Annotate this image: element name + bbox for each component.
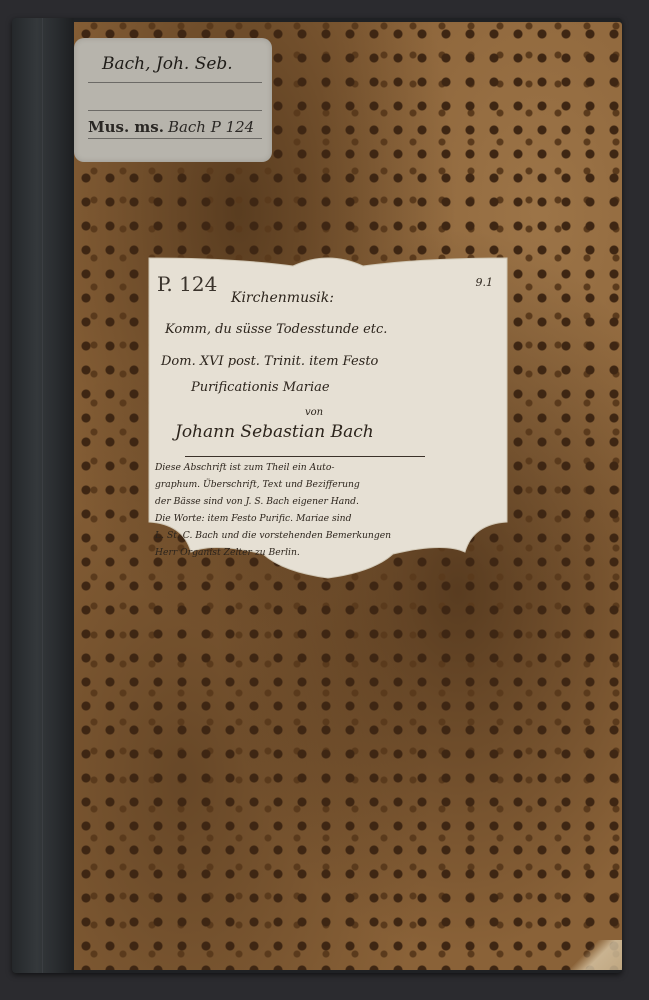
occasion-line: Dom. XVI post. Trinit. item Festo xyxy=(161,354,378,369)
cloth-spine xyxy=(12,18,74,973)
note-line: graphum. Überschrift, Text und Bezifferu… xyxy=(155,479,360,490)
rule-line xyxy=(88,110,262,111)
flourish-divider xyxy=(185,456,425,457)
note-line: Diese Abschrift ist zum Theil ein Auto- xyxy=(155,462,334,473)
folio-number: 9.1 xyxy=(476,276,494,289)
composer-line: Johann Sebastian Bach xyxy=(175,422,374,442)
von-line: von xyxy=(305,407,323,418)
call-number-prefix: Mus. ms. xyxy=(88,118,164,136)
rule-line xyxy=(88,138,262,139)
shelf-label: Bach, Joh. Seb. Mus. ms.Bach P 124 xyxy=(74,38,272,162)
note-line: Die Worte: item Festo Purific. Mariae si… xyxy=(155,513,351,524)
call-number-value: Bach P 124 xyxy=(168,118,254,136)
note-line: Herr Organist Zelter zu Berlin. xyxy=(155,547,300,558)
genre-line: Kirchenmusik: xyxy=(231,290,334,306)
work-title: Komm, du süsse Todesstunde etc. xyxy=(165,322,387,337)
shelfmark: P. 124 xyxy=(157,272,217,296)
occasion-line-2: Purificationis Mariae xyxy=(191,380,330,395)
note-line: L. St. C. Bach und die vorstehenden Beme… xyxy=(155,530,391,541)
title-label: P. 124 9.1 Kirchenmusik: Komm, du süsse … xyxy=(143,252,513,582)
call-number: Mus. ms.Bach P 124 xyxy=(88,118,254,136)
note-line: der Bässe sind von J. S. Bach eigener Ha… xyxy=(155,496,359,507)
composer-name: Bach, Joh. Seb. xyxy=(102,54,233,74)
rule-line xyxy=(88,82,262,83)
